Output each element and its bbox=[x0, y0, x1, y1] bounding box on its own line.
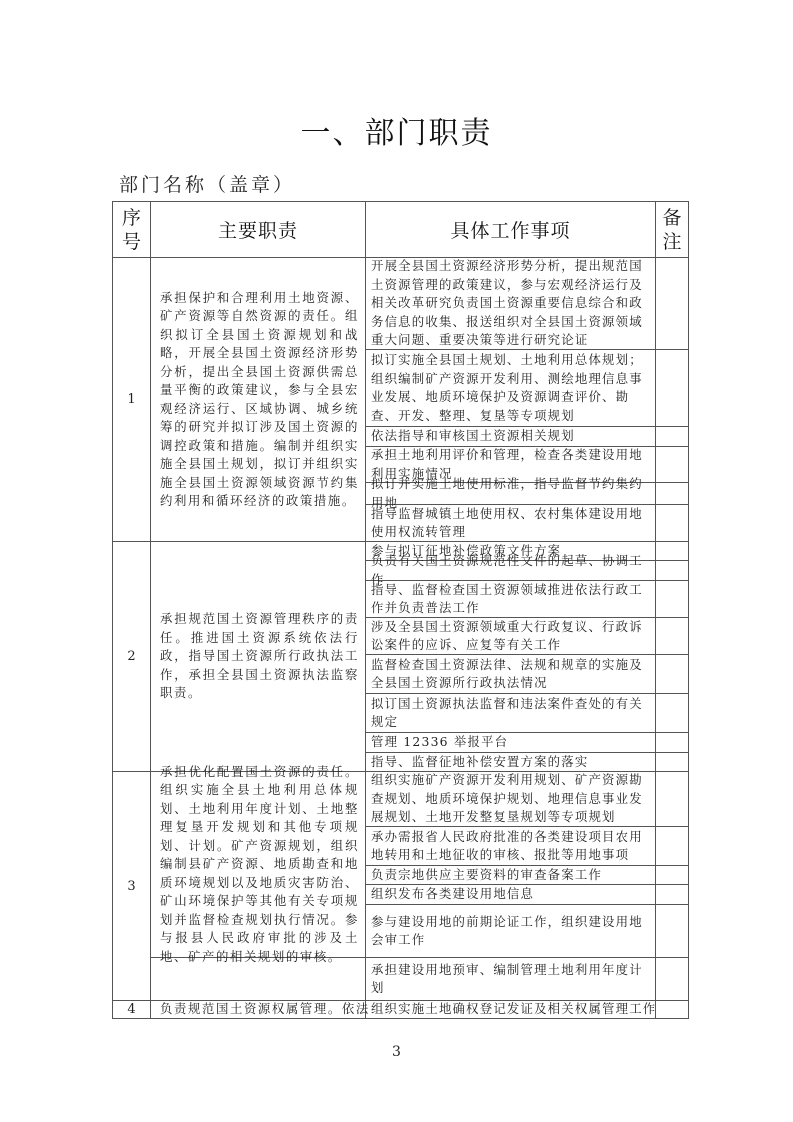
work-item: 指导、监督检查国土资源领域推进依法行政工作并负责普法工作 bbox=[366, 581, 655, 617]
header-items: 具体工作事项 bbox=[366, 202, 655, 257]
row-duty-empty bbox=[151, 958, 365, 1000]
work-item: 管理 12336 举报平台 bbox=[366, 733, 655, 752]
work-item: 涉及全县国土资源领域重大行政复议、行政诉讼案件的应诉、应复等有关工作 bbox=[366, 618, 655, 654]
row-seq: 3 bbox=[113, 772, 150, 1000]
header-seq: 序号 bbox=[113, 202, 150, 257]
row-seq: 2 bbox=[113, 542, 150, 771]
work-item: 组织实施土地确权登记发证及相关权属管理工作 bbox=[366, 1001, 655, 1018]
work-item: 组织发布各类建设用地信息 bbox=[366, 885, 655, 904]
work-item: 拟订国土资源执法监督和违法案件查处的有关规定 bbox=[366, 694, 655, 732]
work-item: 组织实施矿产资源开发利用规划、矿产资源勘查规划、地质环境保护规划、地理信息事业发… bbox=[366, 772, 655, 826]
work-item: 指导监督城镇土地使用权、农村集体建设用地使用权流转管理 bbox=[366, 505, 655, 541]
duties-table: 序号 主要职责 具体工作事项 备注 1 承担保护和合理利用土地资源、矿产资源等自… bbox=[0, 0, 793, 1122]
table-border-right bbox=[688, 201, 689, 1018]
work-item: 负责有关国土资源规范性文件的起草、协调工作 bbox=[366, 561, 655, 580]
work-item: 依法指导和审核国土资源相关规划 bbox=[366, 427, 655, 446]
row-duty: 承担保护和合理利用土地资源、矿产资源等自然资源的责任。组织拟订全县国土资源规划和… bbox=[151, 258, 365, 541]
row-seq: 4 bbox=[113, 1001, 150, 1018]
row-seq: 1 bbox=[113, 258, 150, 541]
column-divider bbox=[655, 201, 656, 1018]
header-note: 备注 bbox=[656, 202, 688, 257]
work-item: 拟订并实施土地使用标准，指导监督节约集约用地 bbox=[366, 483, 655, 504]
work-item: 参与建设用地的前期论证工作，组织建设用地会审工作 bbox=[366, 905, 655, 957]
work-item: 监督检查国土资源法律、法规和规章的实施及全县国土资源所行政执法情况 bbox=[366, 655, 655, 693]
work-item: 负责宗地供应主要资料的审查备案工作 bbox=[366, 866, 655, 884]
work-item: 指导、监督征地补偿安置方案的落实 bbox=[366, 753, 655, 771]
work-item: 拟订实施全县国土规划、土地利用总体规划；组织编制矿产资源开发利用、测绘地理信息事… bbox=[366, 350, 655, 426]
row-duty: 负责规范国土资源权属管理。依法 bbox=[151, 1001, 365, 1018]
header-duty: 主要职责 bbox=[151, 202, 365, 257]
row-duty: 承担规范国土资源管理秩序的责任。推进国土资源系统依法行政，指导国土资源所行政执法… bbox=[151, 542, 365, 771]
work-item: 开展全县国土资源经济形势分析，提出规范国土资源管理的政策建议，参与宏观经济运行及… bbox=[366, 258, 655, 349]
page-number: 3 bbox=[0, 1044, 793, 1060]
work-item: 承办需报省人民政府批准的各类建设项目农用地转用和土地征收的审核、报批等用地事项 bbox=[366, 827, 655, 865]
row-duty: 承担优化配置国土资源的责任。组织实施全县土地利用总体规划、土地利用年度计划、土地… bbox=[151, 772, 365, 957]
work-item: 承担建设用地预审、编制管理土地利用年度计划 bbox=[366, 958, 655, 1000]
